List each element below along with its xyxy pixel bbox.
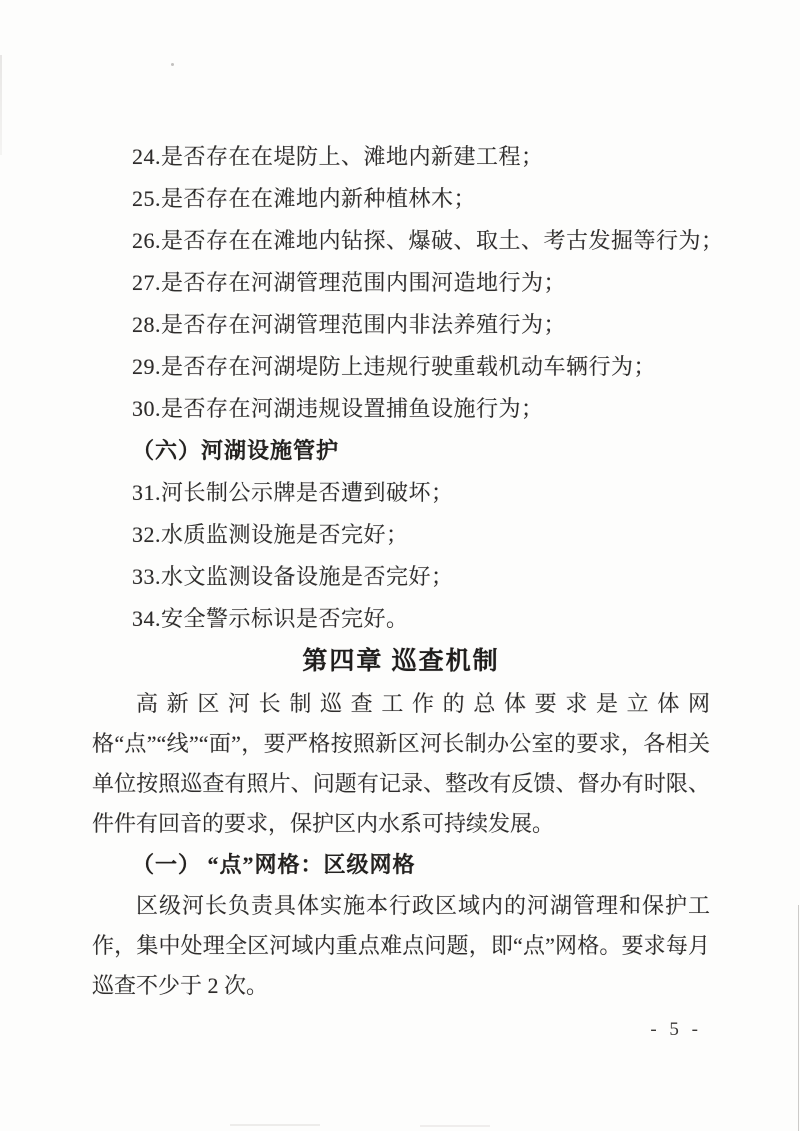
checklist-item-34: 34.安全警示标识是否完好。 — [92, 598, 710, 640]
checklist-item-30: 30.是否存在河湖违规设置捕鱼设施行为； — [92, 388, 710, 430]
checklist-item-33: 33.水文监测设备设施是否完好； — [92, 556, 710, 598]
subsection-1-paragraph: 区级河长负责具体实施本行政区域内的河湖管理和保护工作，集中处理全区河域内重点难点… — [92, 886, 710, 1006]
subsection-1-heading: （一） “点”网格：区级网格 — [92, 844, 710, 886]
scan-bottom-smudge — [230, 1124, 320, 1126]
section-6-heading: （六）河湖设施管护 — [92, 430, 710, 472]
checklist-item-26: 26.是否存在在滩地内钻探、爆破、取土、考古发掘等行为； — [92, 220, 710, 262]
page-number: - 5 - — [650, 1019, 702, 1041]
checklist-item-24: 24.是否存在在堤防上、滩地内新建工程； — [92, 136, 710, 178]
checklist-item-29: 29.是否存在河湖堤防上违规行驶重载机动车辆行为； — [92, 346, 710, 388]
checklist-item-25: 25.是否存在在滩地内新种植林木； — [92, 178, 710, 220]
checklist-item-28: 28.是否存在河湖管理范围内非法养殖行为； — [92, 304, 710, 346]
checklist-item-27: 27.是否存在河湖管理范围内围河造地行为； — [92, 262, 710, 304]
document-page: 24.是否存在在堤防上、滩地内新建工程； 25.是否存在在滩地内新种植林木； 2… — [0, 0, 800, 1131]
checklist-item-31: 31.河长制公示牌是否遭到破坏； — [92, 472, 710, 514]
scan-bottom-smudge — [420, 1125, 490, 1127]
chapter-intro-paragraph: 高新区河长制巡查工作的总体要求是立体网格“点”“线”“面”，要严格按照新区河长制… — [92, 684, 710, 844]
chapter-heading: 第四章 巡查机制 — [92, 640, 710, 684]
document-content: 24.是否存在在堤防上、滩地内新建工程； 25.是否存在在滩地内新种植林木； 2… — [0, 0, 800, 1006]
checklist-item-32: 32.水质监测设施是否完好； — [92, 514, 710, 556]
